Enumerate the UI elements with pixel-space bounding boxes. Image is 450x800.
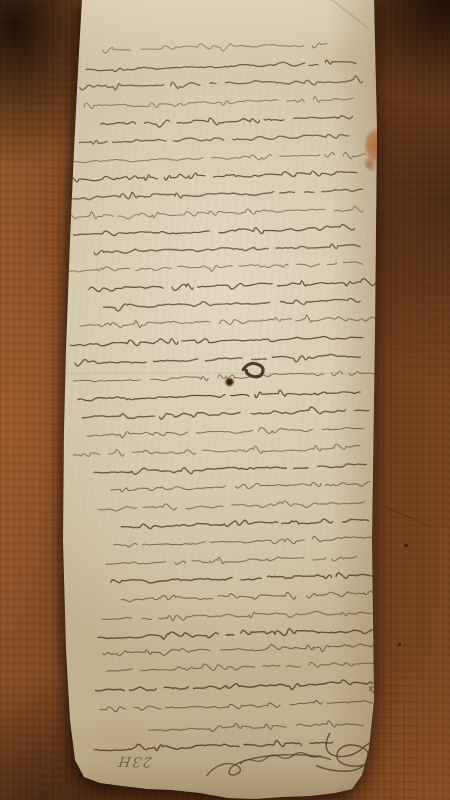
manuscript-photo: 23H [0,0,450,800]
handwriting-ink [0,0,450,800]
ink-stain [360,126,390,172]
wormhole [224,377,235,388]
manuscript-page: 23H [0,0,450,800]
manuscript-paper-wrap: 23H [0,0,450,800]
archival-notation: 23H [109,751,153,770]
